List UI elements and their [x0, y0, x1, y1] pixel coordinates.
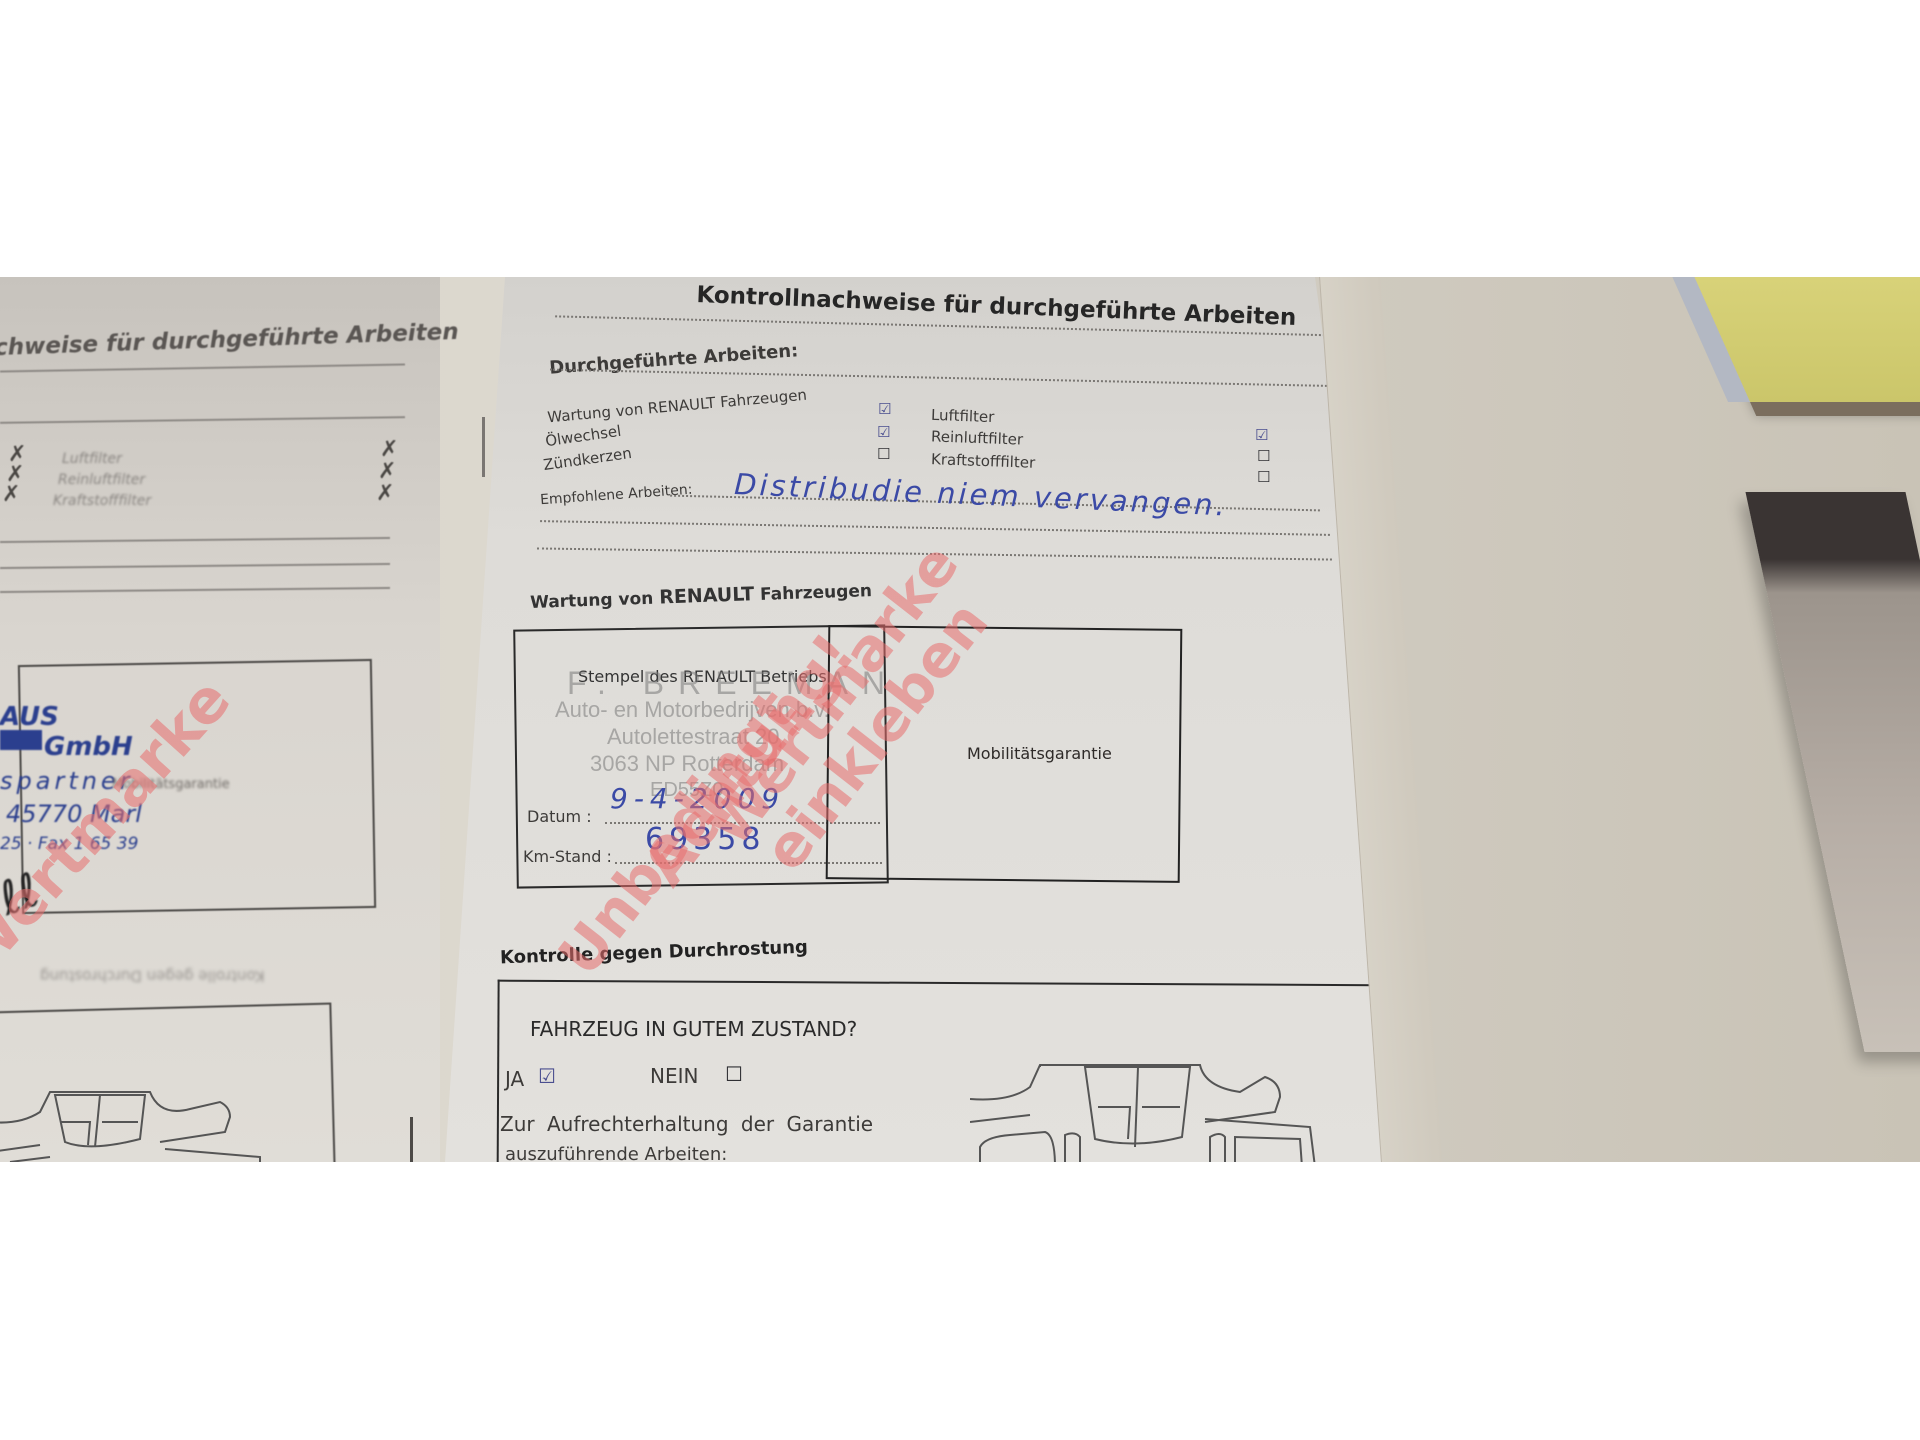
km-label: Km-Stand : — [523, 847, 612, 866]
checkbox-reinluftfilter[interactable]: ☑ — [1255, 426, 1268, 444]
checkbox-zuendkerzen[interactable]: ☐ — [877, 445, 890, 463]
divider — [540, 520, 1330, 536]
page-title: Kontrollnachweise für durchgeführte Arbe… — [696, 282, 1297, 331]
divider — [0, 587, 390, 593]
heading-prefix: Wartung von — [530, 589, 654, 613]
rust-check-heading: Kontrolle gegen Durchrostung — [500, 937, 808, 969]
item-reinluftfilter: Reinluftfilter — [931, 427, 1024, 448]
binding-staple — [410, 1117, 413, 1162]
item-luftfilter: Luftfilter — [931, 406, 995, 426]
item-kraftstofffilter: Kraftstofffilter — [931, 450, 1036, 472]
checkbox-extra[interactable]: ☐ — [1257, 468, 1270, 486]
yes-label: JA — [505, 1067, 524, 1091]
divider — [0, 416, 405, 424]
left-item-kraftstofffilter: Kraftstofffilter — [53, 493, 151, 509]
dealer-stamp-line: GmbH — [44, 732, 133, 762]
left-rust-title: Kontrolle gegen Durchrostung — [40, 967, 265, 985]
dealer-stamp-line: AUS — [0, 702, 59, 732]
maintenance-heading: Wartung von RENAULT Fahrzeugen — [530, 579, 873, 613]
divider — [0, 537, 390, 543]
binding-staple — [482, 417, 485, 477]
vehicle-condition-question: FAHRZEUG IN GUTEM ZUSTAND? — [530, 1017, 857, 1041]
check-mark-icon: ✗ — [376, 481, 394, 506]
stamp-line: Autolettestraat 20 — [607, 724, 779, 750]
warranty-text-2: auszuführende Arbeiten: — [505, 1144, 727, 1162]
car-body-diagram-icon — [970, 1057, 1330, 1162]
warranty-text: Zur Aufrechterhaltung der Garantie — [500, 1112, 873, 1136]
car-diagram-icon — [0, 1077, 290, 1162]
divider — [0, 363, 405, 372]
heading-suffix: Fahrzeugen — [760, 581, 873, 605]
checkbox-oelwechsel[interactable]: ☑ — [877, 423, 890, 441]
no-label: NEIN — [650, 1064, 698, 1088]
check-mark-icon: ✗ — [2, 482, 20, 507]
divider — [537, 547, 1332, 560]
left-page-title: chweise für durchgeführte Arbeiten — [0, 319, 459, 361]
document-photo: chweise für durchgeführte Arbeiten ✗ ✗ ✗… — [0, 277, 1920, 1162]
left-booklet-page: chweise für durchgeführte Arbeiten ✗ ✗ ✗… — [0, 277, 440, 1162]
mobility-guarantee-label: Mobilitätsgarantie — [967, 744, 1112, 763]
divider — [550, 369, 1350, 388]
left-mobility-label: Mobilitätsgarantie — [112, 777, 230, 792]
checkbox-wartung[interactable]: ☑ — [878, 400, 891, 418]
item-wartung: Wartung von RENAULT Fahrzeugen — [547, 386, 808, 427]
left-item-luftfilter: Luftfilter — [62, 451, 122, 467]
stamp-line: Auto- en Motorbedrijven b.v. — [555, 697, 830, 723]
recommended-work-value: Distribudie niem vervangen. — [734, 467, 1229, 523]
dealer-stamp-line: 45770 Marl — [6, 800, 142, 828]
dealer-logo-icon — [0, 730, 42, 750]
km-value: 69358 — [645, 822, 765, 857]
checkbox-kraftstofffilter[interactable]: ☐ — [1257, 447, 1270, 465]
center-booklet-page: Kontrollnachweise für durchgeführte Arbe… — [445, 277, 1435, 1162]
divider — [0, 563, 390, 569]
left-item-reinluftfilter: Reinluftfilter — [58, 472, 145, 488]
date-label: Datum : — [527, 807, 592, 826]
checkbox-no[interactable]: ☐ — [725, 1062, 743, 1086]
photo-card — [1745, 492, 1920, 1052]
stamp-line: 3063 NP Rotterdam — [590, 751, 784, 777]
dealer-stamp-line: 25 · Fax 1 65 39 — [0, 834, 138, 854]
date-value: 9-4-2009 — [610, 782, 785, 815]
heading-brand: RENAULT — [659, 583, 755, 608]
checkbox-yes[interactable]: ☑ — [538, 1064, 556, 1088]
yellow-book — [1690, 277, 1920, 402]
